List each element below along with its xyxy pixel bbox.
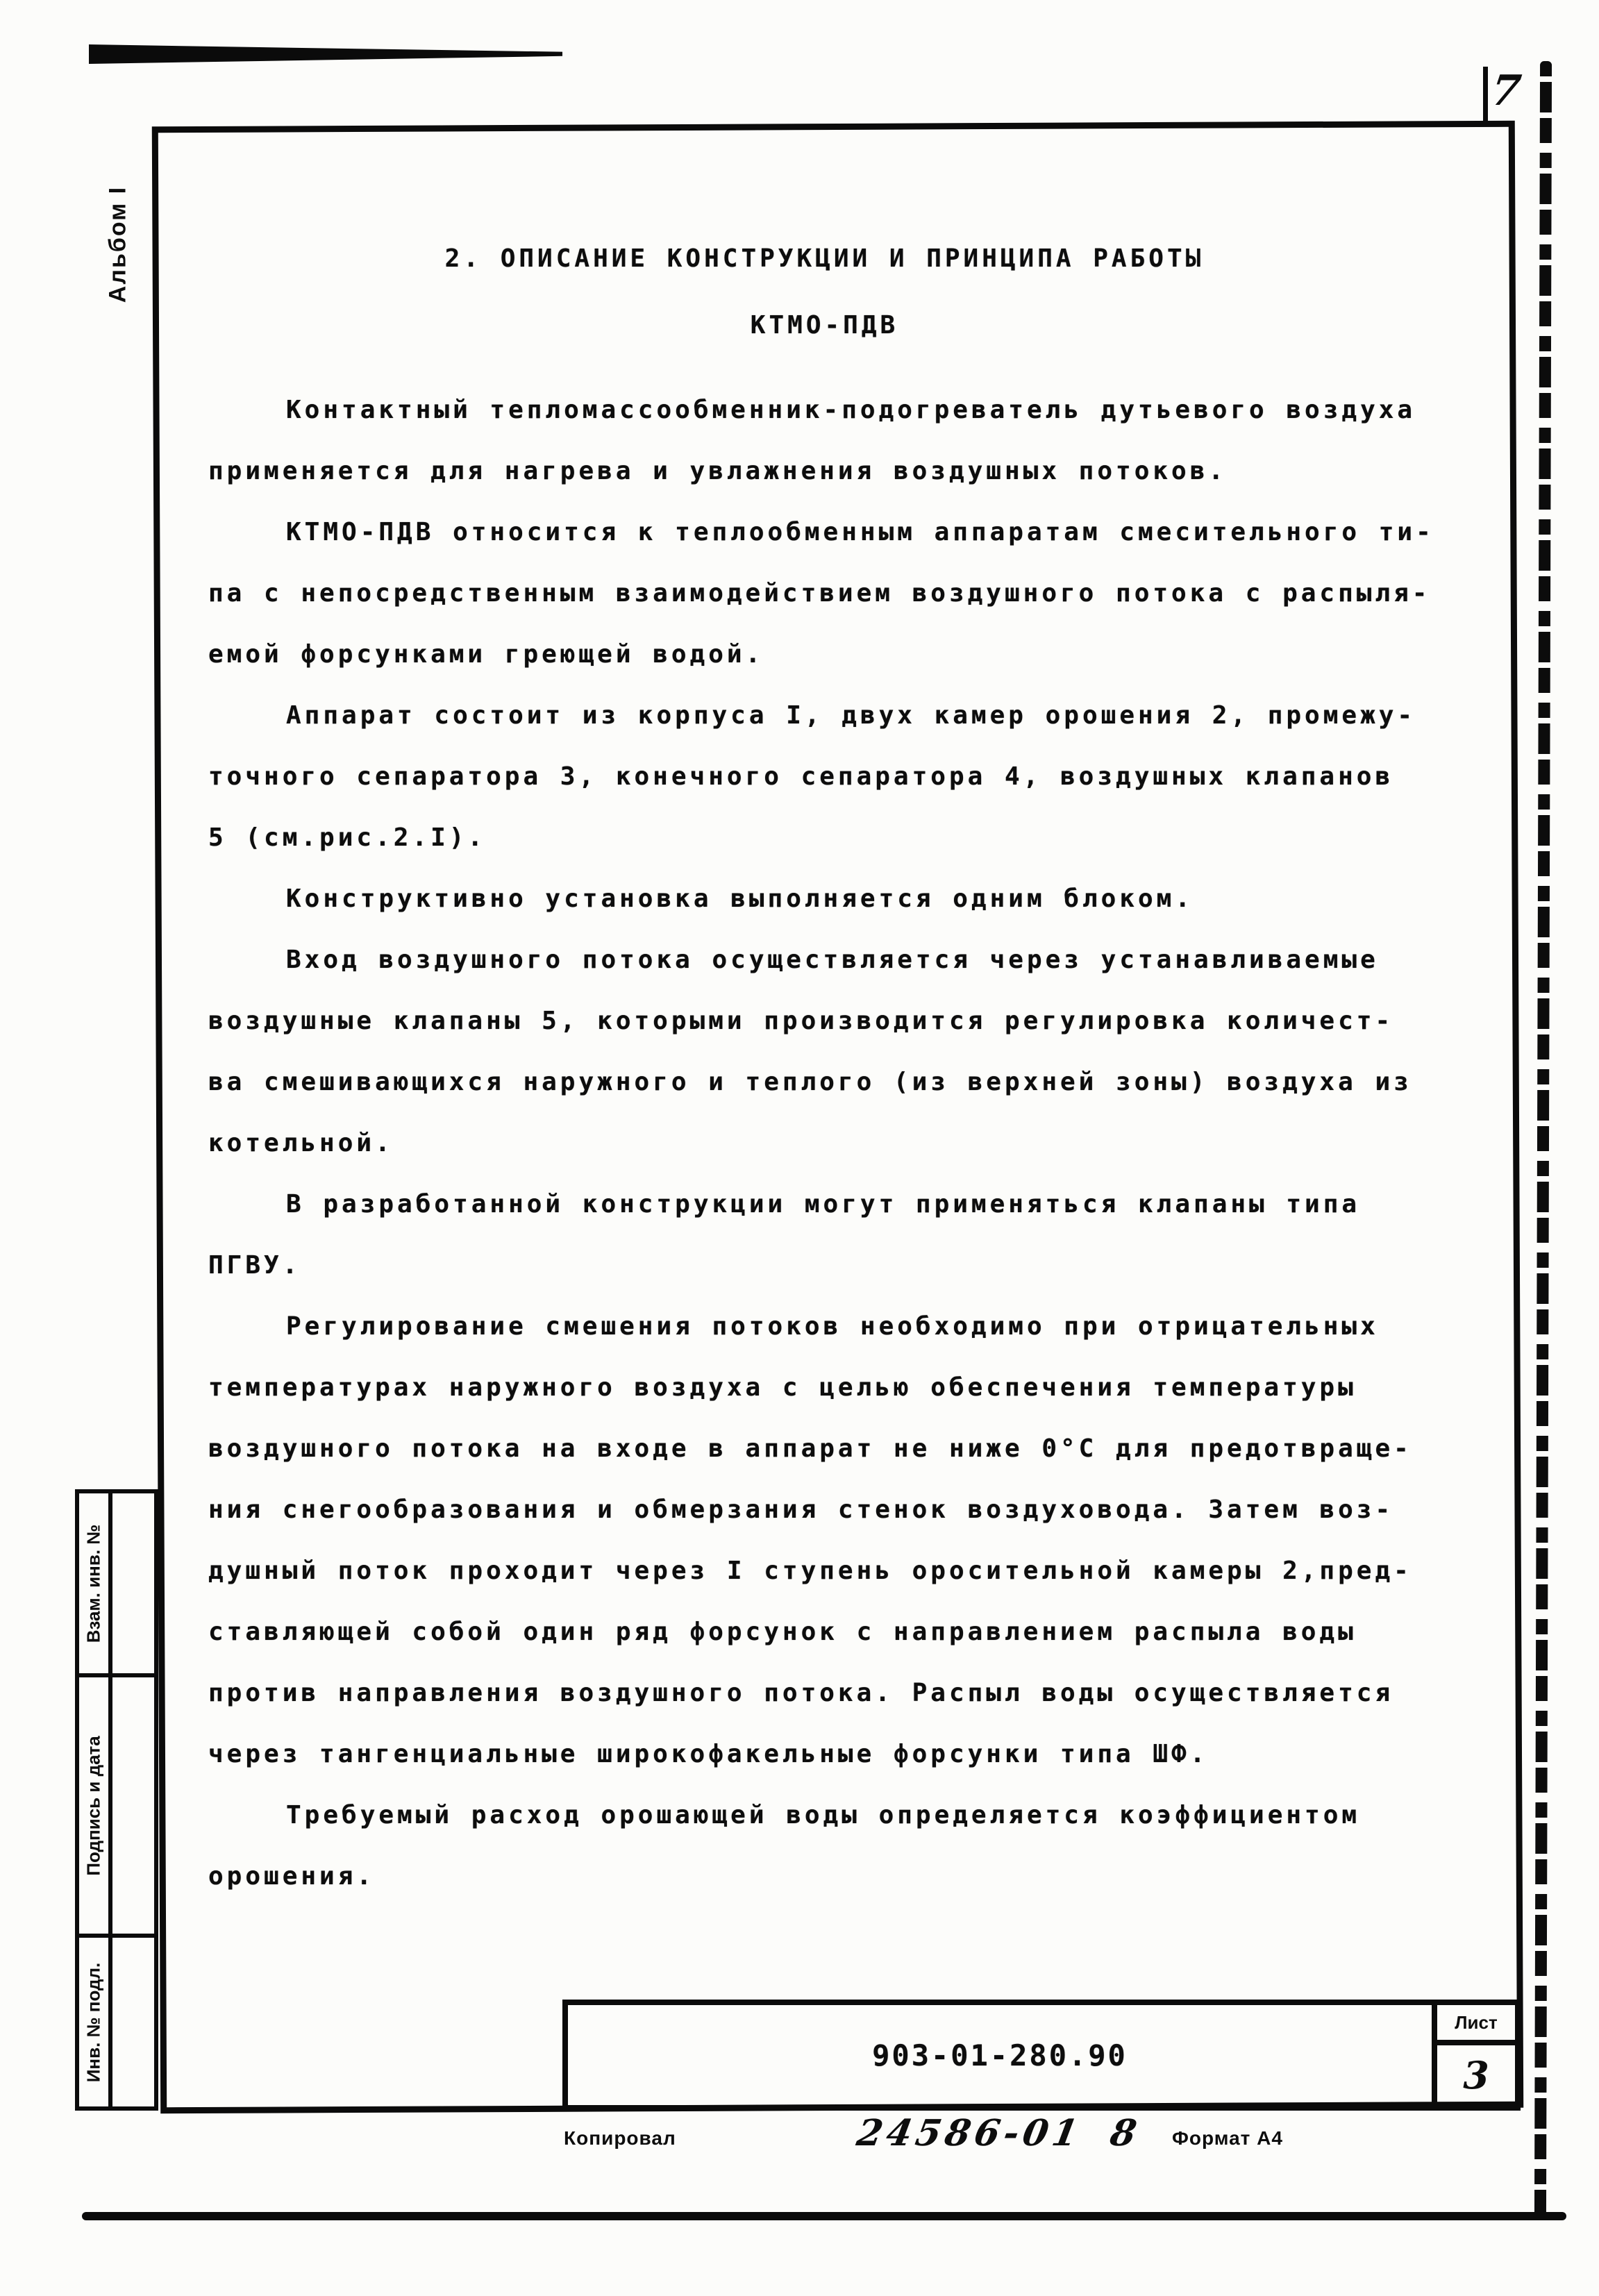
text-line: емой форсунками греющей водой. xyxy=(208,640,1451,701)
text-line: против направления воздушного потока. Ра… xyxy=(208,1679,1451,1740)
text-line: Конструктивно установка выполняется одни… xyxy=(208,885,1451,946)
handwritten-copy-number: 24586-018 xyxy=(854,2112,1144,2154)
stamp-cell-podpis-data: Подпись и дата xyxy=(79,1677,112,1938)
text-line: ставляющей собой один ряд форсунок с нап… xyxy=(208,1618,1451,1679)
text-line: ПГВУ. xyxy=(208,1251,1451,1312)
stamp-cell-inv-podl-box xyxy=(112,1938,154,2106)
scan-artifact-bottom-edge xyxy=(82,2212,1566,2220)
text-line: Контактный тепломассообменник-подогреват… xyxy=(208,396,1451,457)
text-line: точного сепаратора 3, конечного сепарато… xyxy=(208,762,1451,823)
scan-artifact-top-stroke xyxy=(89,44,562,64)
scanned-document-page: 7 Альбом I 2. ОПИСАНИЕ КОНСТРУКЦИИ И ПРИ… xyxy=(0,0,1599,2296)
scan-artifact-right-edge xyxy=(1534,61,1552,2220)
copied-by-label: Копировал xyxy=(564,2127,676,2150)
text-line: Вход воздушного потока осуществляется че… xyxy=(208,946,1451,1007)
text-line: применяется для нагрева и увлажнения воз… xyxy=(208,457,1451,518)
title-block-sheet-column: Лист 3 xyxy=(1432,2005,1515,2105)
text-line: душный поток проходит через I ступень ор… xyxy=(208,1557,1451,1618)
text-line: ва смешивающихся наружного и теплого (из… xyxy=(208,1068,1451,1129)
copy-number: 24586-01 xyxy=(854,2112,1086,2154)
text-line: орошения. xyxy=(208,1862,1451,1923)
text-line: Аппарат состоит из корпуса I, двух камер… xyxy=(208,701,1451,762)
text-line: температурах наружного воздуха с целью о… xyxy=(208,1373,1451,1434)
text-line: В разработанной конструкции могут примен… xyxy=(208,1190,1451,1251)
text-line: воздушные клапаны 5, которыми производит… xyxy=(208,1007,1451,1068)
sheet-label: Лист xyxy=(1437,2005,1515,2045)
title-block-document-number-cell: 903-01-280.90 xyxy=(568,2005,1432,2105)
stamp-cell-vzam-inv-label: Взам. инв. № xyxy=(83,1524,105,1643)
section-subtitle: КТМО-ПДВ xyxy=(208,311,1441,340)
document-body-text: Контактный тепломассообменник-подогреват… xyxy=(208,396,1451,1923)
handwritten-sheet-number: 3 xyxy=(1463,2053,1489,2097)
text-line: котельной. xyxy=(208,1129,1451,1190)
stamp-cell-vzam-inv-box xyxy=(112,1493,154,1677)
stamp-cell-inv-podl: Инв. № подл. xyxy=(79,1938,112,2106)
section-title: 2. ОПИСАНИЕ КОНСТРУКЦИИ И ПРИНЦИПА РАБОТ… xyxy=(208,244,1441,273)
title-block: 903-01-280.90 Лист 3 xyxy=(562,2000,1521,2111)
page-number-tick-mark xyxy=(1483,67,1488,126)
text-line: 5 (см.рис.2.I). xyxy=(208,823,1451,885)
text-line: Требуемый расход орошающей воды определя… xyxy=(208,1801,1451,1862)
copy-number-suffix: 8 xyxy=(1107,2112,1144,2154)
text-line: Регулирование смешения потоков необходим… xyxy=(208,1312,1451,1373)
format-label: Формат А4 xyxy=(1172,2127,1283,2150)
sheet-number-cell: 3 xyxy=(1437,2045,1515,2105)
text-line: КТМО-ПДВ относится к теплообменным аппар… xyxy=(208,518,1451,579)
document-number: 903-01-280.90 xyxy=(872,2038,1128,2072)
text-line: ния снегообразования и обмерзания стенок… xyxy=(208,1495,1451,1557)
text-line: через тангенциальные широкофакельные фор… xyxy=(208,1740,1451,1801)
left-stamp-column: Взам. инв. № Подпись и дата Инв. № подл. xyxy=(75,1489,158,2111)
stamp-cell-inv-podl-label: Инв. № подл. xyxy=(83,1962,105,2082)
stamp-cell-vzam-inv: Взам. инв. № xyxy=(79,1493,112,1677)
text-line: па с непосредственным взаимодействием во… xyxy=(208,579,1451,640)
album-spine-label-text: Альбом I xyxy=(105,186,132,303)
stamp-cell-podpis-data-box xyxy=(112,1677,154,1938)
stamp-cell-podpis-data-label: Подпись и дата xyxy=(83,1736,105,1875)
text-line: воздушного потока на входе в аппарат не … xyxy=(208,1434,1451,1495)
handwritten-page-number: 7 xyxy=(1488,67,1524,115)
